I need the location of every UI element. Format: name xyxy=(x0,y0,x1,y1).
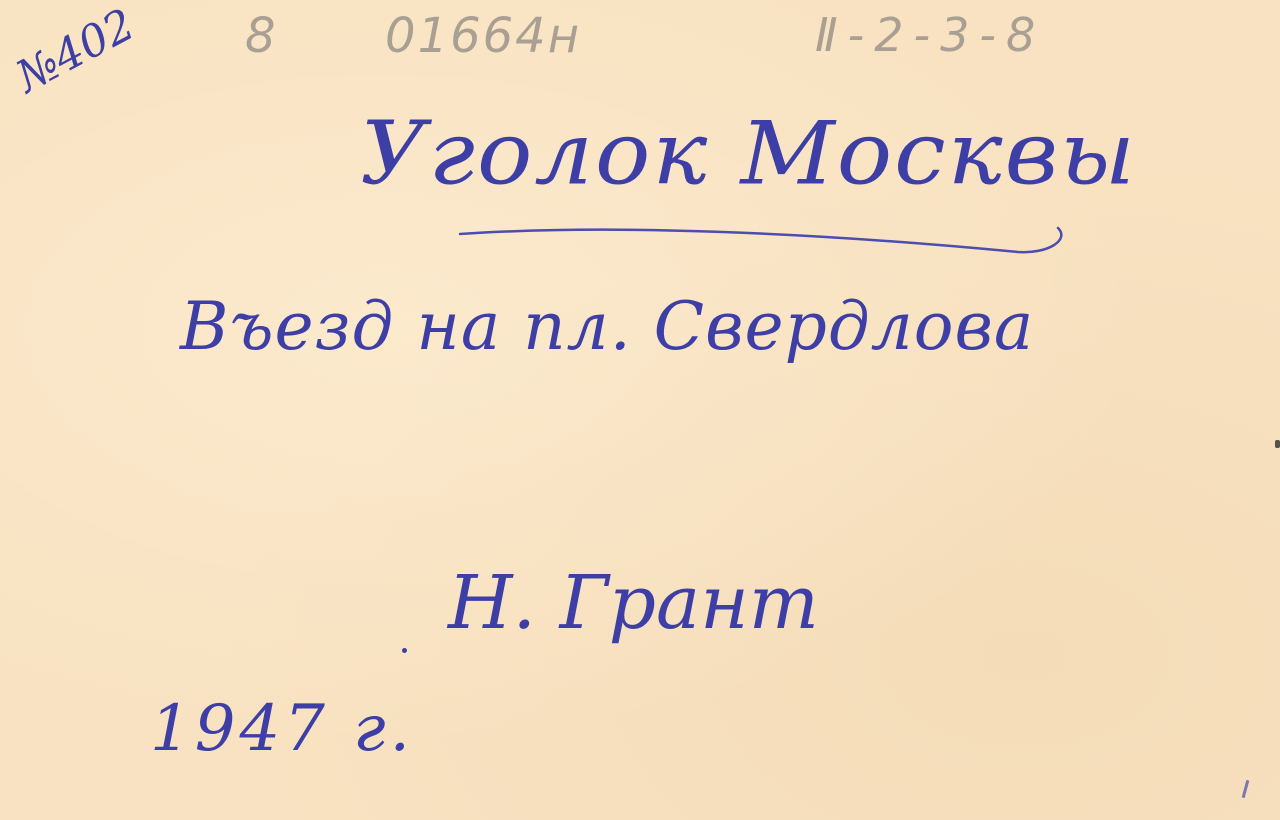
ink-mark xyxy=(1242,780,1250,798)
title-underline xyxy=(458,226,1068,256)
edge-mark xyxy=(1275,440,1280,448)
photo-caption: Въезд на пл. Свердлова xyxy=(180,288,1034,365)
inventory-number: №402 xyxy=(8,0,143,103)
pencil-shelf-code: Ⅱ-2-3-8 xyxy=(815,8,1045,62)
author-signature: Н. Грант xyxy=(448,560,819,646)
pencil-catalog-code: 01664н xyxy=(385,8,581,64)
series-title: Уголок Москвы xyxy=(360,103,1137,205)
pencil-mark: 8 xyxy=(245,8,276,64)
year: 1947 г. xyxy=(150,692,414,766)
signature-dot xyxy=(402,648,407,653)
card-background: №402 8 01664н Ⅱ-2-3-8 Уголок Москвы Въез… xyxy=(0,0,1280,820)
